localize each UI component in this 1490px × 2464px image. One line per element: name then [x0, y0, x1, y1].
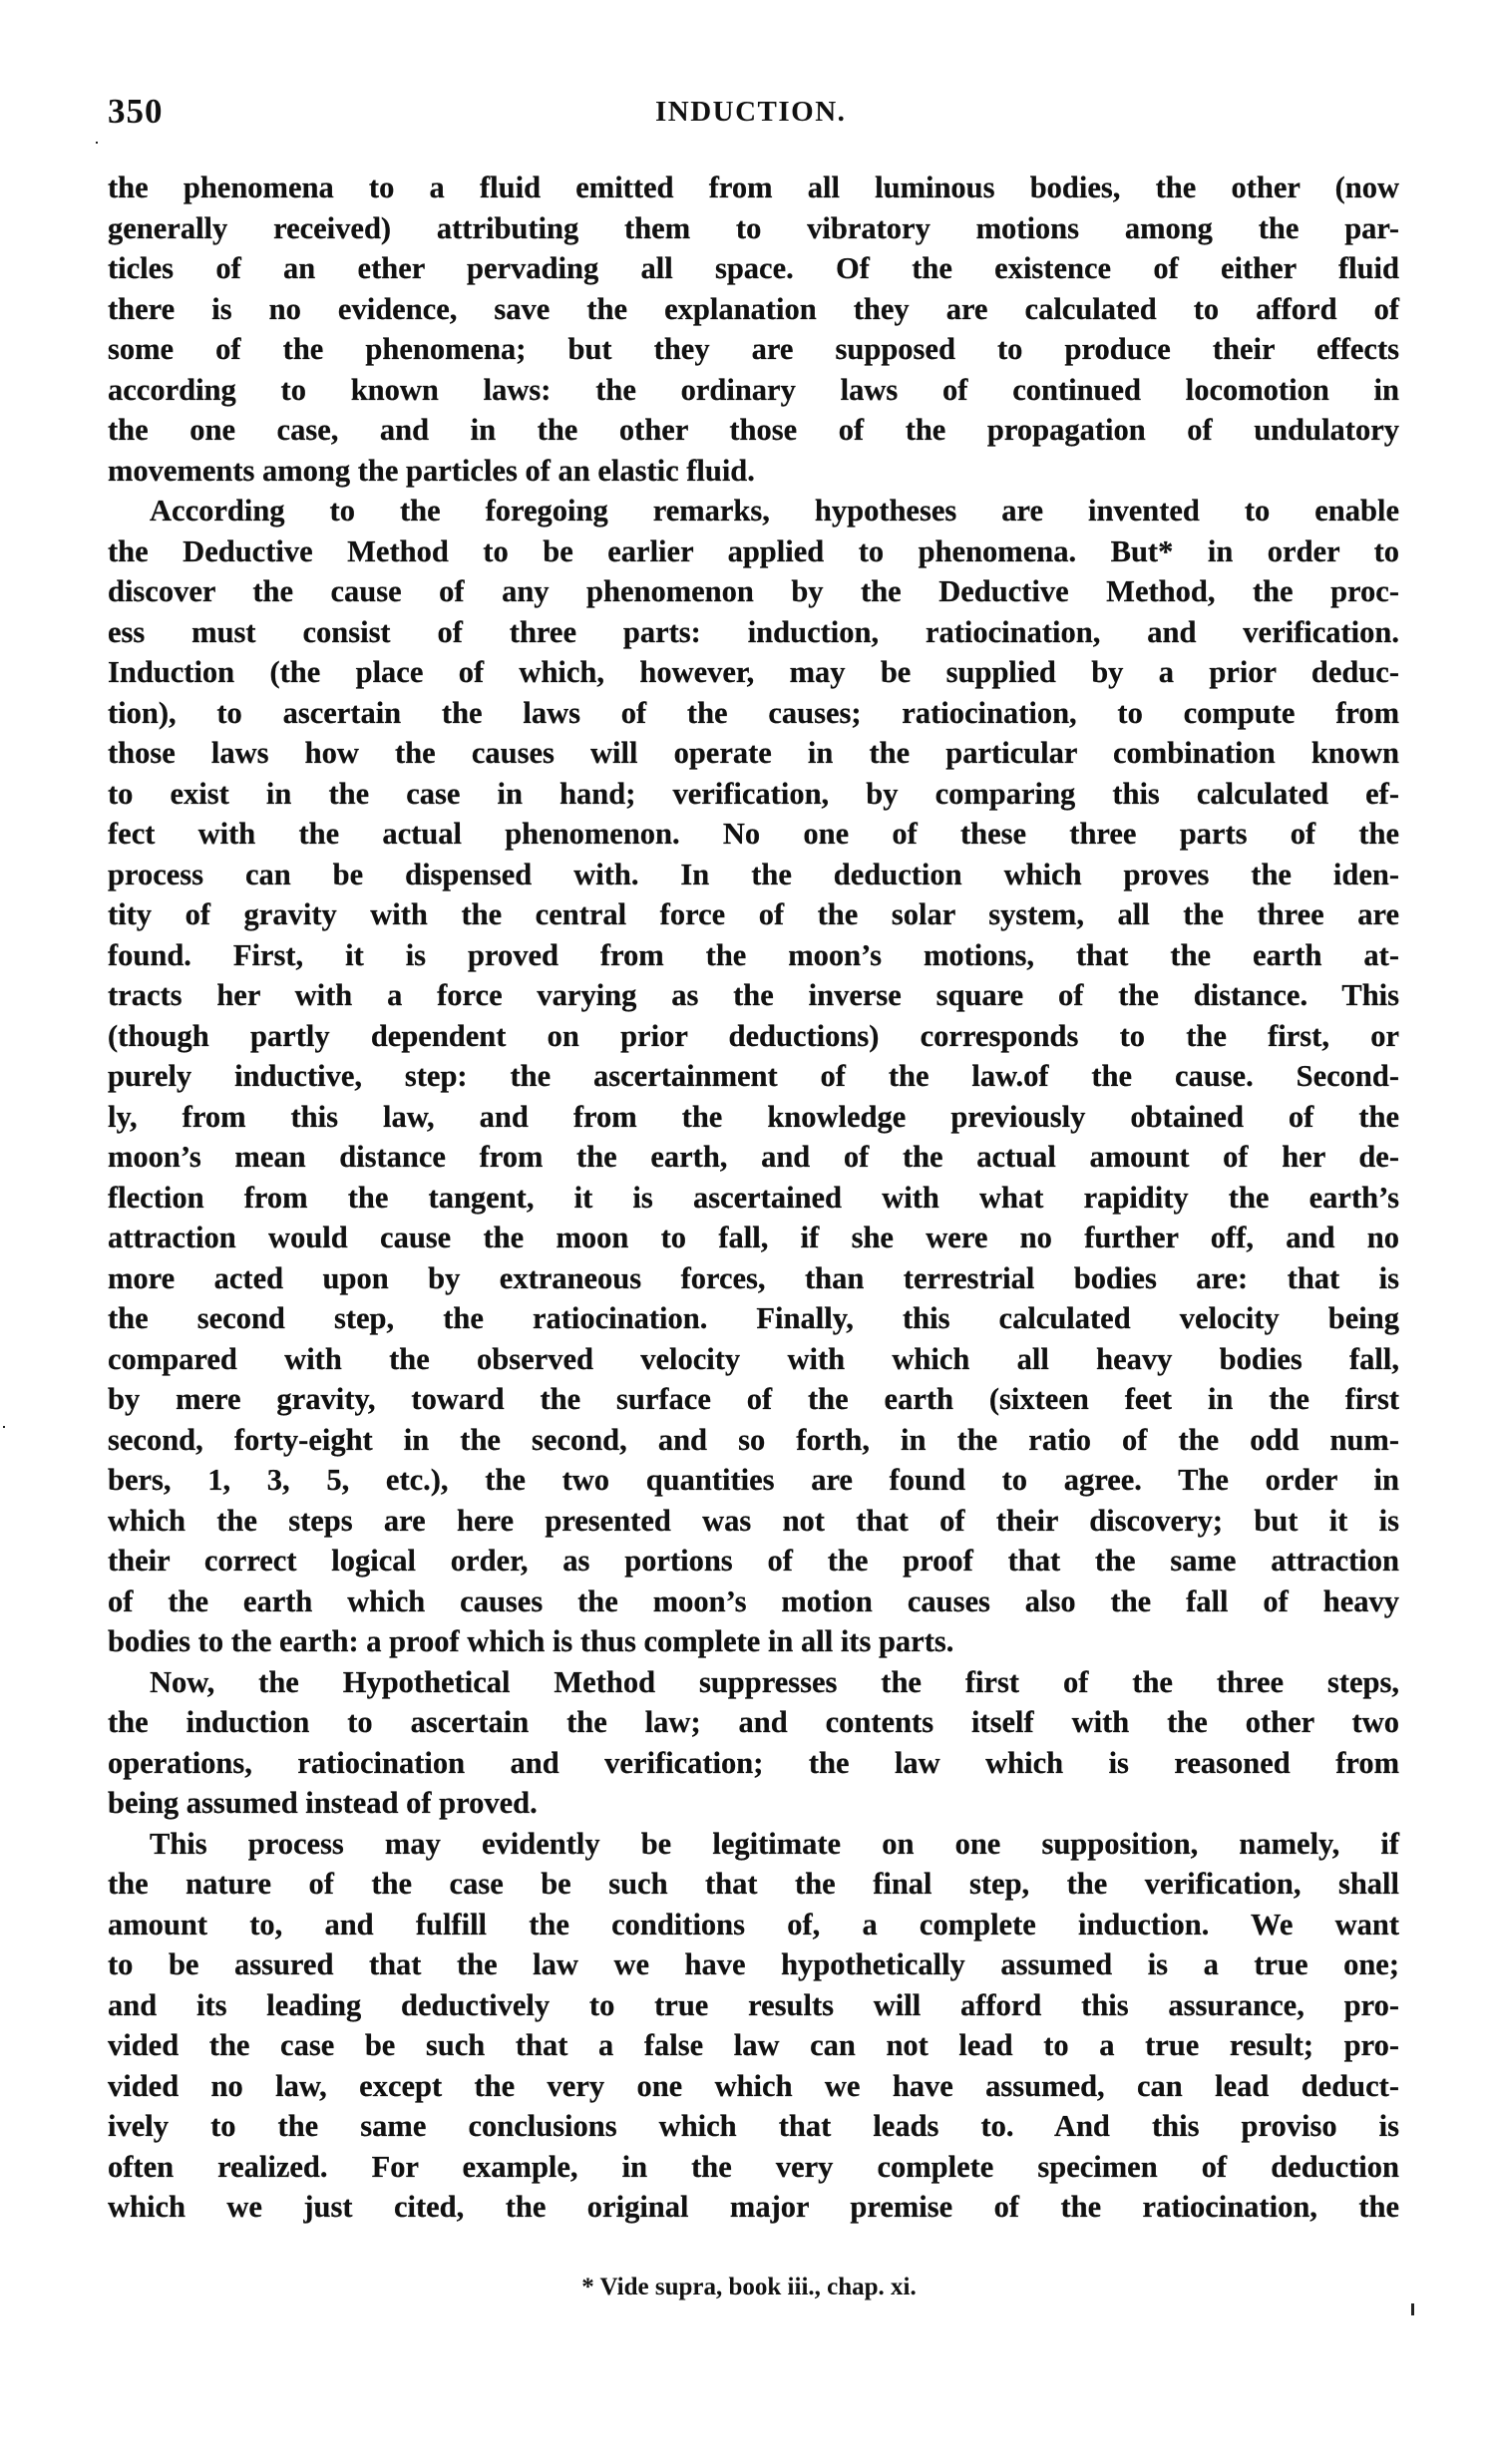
text-line: found. First, it is proved from the moon…: [108, 935, 1399, 976]
scan-speck: [1411, 2303, 1414, 2315]
text-line: movements among the particles of an elas…: [108, 451, 1399, 492]
text-line: vided the case be such that a false law …: [108, 2025, 1399, 2066]
text-line: the second step, the ratiocination. Fina…: [108, 1298, 1399, 1339]
text-line: of the earth which causes the moon’s mot…: [108, 1582, 1399, 1622]
text-line: according to known laws: the ordinary la…: [108, 370, 1399, 411]
text-line: ticles of an ether pervading all space. …: [108, 248, 1399, 289]
text-line: the phenomena to a fluid emitted from al…: [108, 168, 1399, 208]
text-line: tion), to ascertain the laws of the caus…: [108, 693, 1399, 734]
scan-speck: [96, 142, 98, 144]
text-line: moon’s mean distance from the earth, and…: [108, 1137, 1399, 1178]
text-line: bers, 1, 3, 5, etc.), the two quantities…: [108, 1460, 1399, 1501]
text-line: discover the cause of any phenomenon by …: [108, 571, 1399, 612]
text-line: ly, from this law, and from the knowledg…: [108, 1097, 1399, 1138]
text-line: the one case, and in the other those of …: [108, 410, 1399, 451]
text-line: tracts her with a force varying as the i…: [108, 975, 1399, 1016]
text-line: often realized. For example, in the very…: [108, 2147, 1399, 2188]
footnote: * Vide supra, book iii., chap. xi.: [0, 2270, 1490, 2305]
text-line: Now, the Hypothetical Method suppresses …: [108, 1662, 1399, 1703]
text-line: tity of gravity with the central force o…: [108, 894, 1399, 935]
text-line: ively to the same conclusions which that…: [108, 2106, 1399, 2147]
text-line: to exist in the case in hand; verificati…: [108, 774, 1399, 815]
text-line: some of the phenomena; but they are supp…: [108, 329, 1399, 370]
text-line: their correct logical order, as portions…: [108, 1541, 1399, 1582]
text-line: by mere gravity, toward the surface of t…: [108, 1379, 1399, 1420]
text-line: process can be dispensed with. In the de…: [108, 855, 1399, 895]
text-line: being assumed instead of proved.: [108, 1783, 1399, 1824]
body-text: the phenomena to a fluid emitted from al…: [108, 168, 1399, 2228]
text-line: which we just cited, the original major …: [108, 2187, 1399, 2228]
text-line: and its leading deductively to true resu…: [108, 1985, 1399, 2026]
text-line: amount to, and fulfill the conditions of…: [108, 1905, 1399, 1945]
text-line: fect with the actual phenomenon. No one …: [108, 814, 1399, 855]
text-line: generally received) attributing them to …: [108, 208, 1399, 249]
text-line: vided no law, except the very one which …: [108, 2066, 1399, 2107]
text-line: which the steps are here presented was n…: [108, 1501, 1399, 1542]
text-line: This process may evidently be legitimate…: [108, 1824, 1399, 1865]
text-line: to be assured that the law we have hypot…: [108, 1944, 1399, 1985]
text-line: those laws how the causes will operate i…: [108, 733, 1399, 774]
text-line: Induction (the place of which, however, …: [108, 652, 1399, 693]
text-line: compared with the observed velocity with…: [108, 1339, 1399, 1380]
footnote-text: Vide supra, book iii., chap. xi.: [600, 2274, 917, 2300]
text-line: more acted upon by extraneous forces, th…: [108, 1258, 1399, 1299]
text-line: operations, ratiocination and verificati…: [108, 1743, 1399, 1784]
text-line: According to the foregoing remarks, hypo…: [108, 491, 1399, 531]
running-head: 350 INDUCTION.: [108, 92, 1399, 132]
text-line: second, forty-eight in the second, and s…: [108, 1420, 1399, 1461]
text-line: bodies to the earth: a proof which is th…: [108, 1621, 1399, 1662]
text-line: the induction to ascertain the law; and …: [108, 1702, 1399, 1743]
scan-speck: [3, 1426, 5, 1428]
book-page: 350 INDUCTION. the phenomena to a fluid …: [0, 0, 1490, 2464]
page-number: 350: [108, 92, 164, 132]
text-line: purely inductive, step: the ascertainmen…: [108, 1056, 1399, 1097]
text-line: there is no evidence, save the explanati…: [108, 289, 1399, 330]
running-title: INDUCTION.: [655, 94, 846, 130]
text-line: the nature of the case be such that the …: [108, 1864, 1399, 1905]
text-line: flection from the tangent, it is ascerta…: [108, 1178, 1399, 1219]
text-line: (though partly dependent on prior deduct…: [108, 1016, 1399, 1057]
text-line: attraction would cause the moon to fall,…: [108, 1218, 1399, 1258]
text-line: ess must consist of three parts: inducti…: [108, 612, 1399, 653]
footnote-marker: *: [581, 2274, 594, 2300]
text-line: the Deductive Method to be earlier appli…: [108, 531, 1399, 572]
